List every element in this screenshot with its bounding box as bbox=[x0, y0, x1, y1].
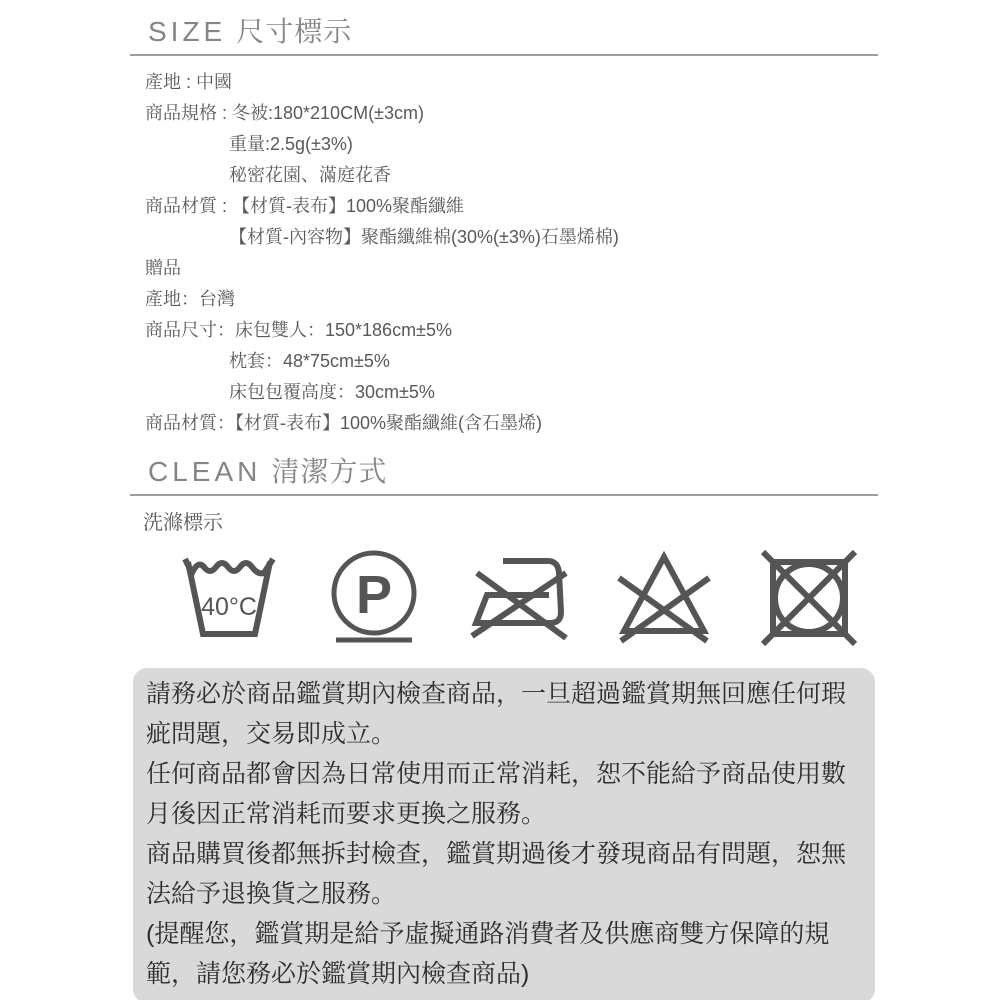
notice-paragraph: (提醒您，鑑賞期是給予虛擬通路消費者及供應商雙方保障的規範，請您務必於鑑賞期內檢… bbox=[146, 914, 859, 994]
size-title-zh: 尺寸標示 bbox=[236, 16, 352, 47]
spec-line: 秘密花園、滿庭花香 bbox=[145, 160, 878, 191]
spec-line: 重量:2.5g(±3%) bbox=[145, 129, 878, 160]
dry-clean-p-icon: P bbox=[320, 548, 428, 648]
spec-line: 產地：台灣 bbox=[145, 284, 878, 315]
spec-list: 產地 : 中國 商品規格 : 冬被:180*210CM(±3cm) 重量:2.5… bbox=[130, 56, 878, 439]
spec-line: 商品材質：【材質-表布】100%聚酯纖維(含石墨烯) bbox=[145, 408, 878, 439]
spec-line: 【材質-內容物】聚酯纖維棉(30%(±3%)石墨烯棉) bbox=[145, 222, 878, 253]
size-title-en: SIZE bbox=[148, 16, 226, 47]
do-not-bleach-icon bbox=[610, 548, 718, 648]
size-section-title: SIZE尺寸標示 bbox=[130, 0, 878, 54]
clean-section: CLEAN清潔方式 洗滌標示 40°C P bbox=[130, 439, 878, 660]
size-section: SIZE尺寸標示 產地 : 中國 商品規格 : 冬被:180*210CM(±3c… bbox=[130, 0, 878, 439]
spec-line: 枕套：48*75cm±5% bbox=[145, 346, 878, 377]
spec-line: 贈品 bbox=[145, 253, 878, 284]
notice-paragraph: 請務必於商品鑑賞期內檢查商品，一旦超過鑑賞期無回應任何瑕疵問題，交易即成立。 bbox=[146, 674, 859, 754]
spec-line: 產地 : 中國 bbox=[145, 67, 878, 98]
spec-line: 商品尺寸：床包雙人：150*186cm±5% bbox=[145, 315, 878, 346]
spec-line: 商品規格 : 冬被:180*210CM(±3cm) bbox=[145, 98, 878, 129]
spec-line: 商品材質 : 【材質-表布】100%聚酯纖維 bbox=[145, 191, 878, 222]
do-not-iron-icon bbox=[465, 548, 573, 648]
content-column: SIZE尺寸標示 產地 : 中國 商品規格 : 冬被:180*210CM(±3c… bbox=[130, 0, 878, 1000]
clean-title-en: CLEAN bbox=[148, 456, 261, 487]
notice-paragraph: 任何商品都會因為日常使用而正常消耗，恕不能給予商品使用數月後因正常消耗而要求更換… bbox=[146, 754, 859, 834]
notice-paragraph: 商品購買後都無拆封檢查，鑑賞期過後才發現商品有問題，恕無法給予退換貨之服務。 bbox=[146, 834, 859, 914]
do-not-tumble-dry-icon bbox=[755, 548, 863, 648]
care-symbols-row: 40°C P bbox=[130, 536, 878, 660]
wash-care-label: 洗滌標示 bbox=[130, 496, 878, 536]
spec-line: 床包包覆高度：30cm±5% bbox=[145, 377, 878, 408]
wash-temp-label: 40°C bbox=[201, 593, 257, 621]
clean-title-zh: 清潔方式 bbox=[271, 456, 387, 487]
notice-box: 請務必於商品鑑賞期內檢查商品，一旦超過鑑賞期無回應任何瑕疵問題，交易即成立。 任… bbox=[133, 668, 875, 1000]
clean-section-title: CLEAN清潔方式 bbox=[130, 439, 878, 494]
product-spec-page: SIZE尺寸標示 產地 : 中國 商品規格 : 冬被:180*210CM(±3c… bbox=[0, 0, 1000, 1000]
machine-wash-40c-icon: 40°C bbox=[175, 548, 283, 648]
dry-clean-letter: P bbox=[356, 565, 392, 625]
